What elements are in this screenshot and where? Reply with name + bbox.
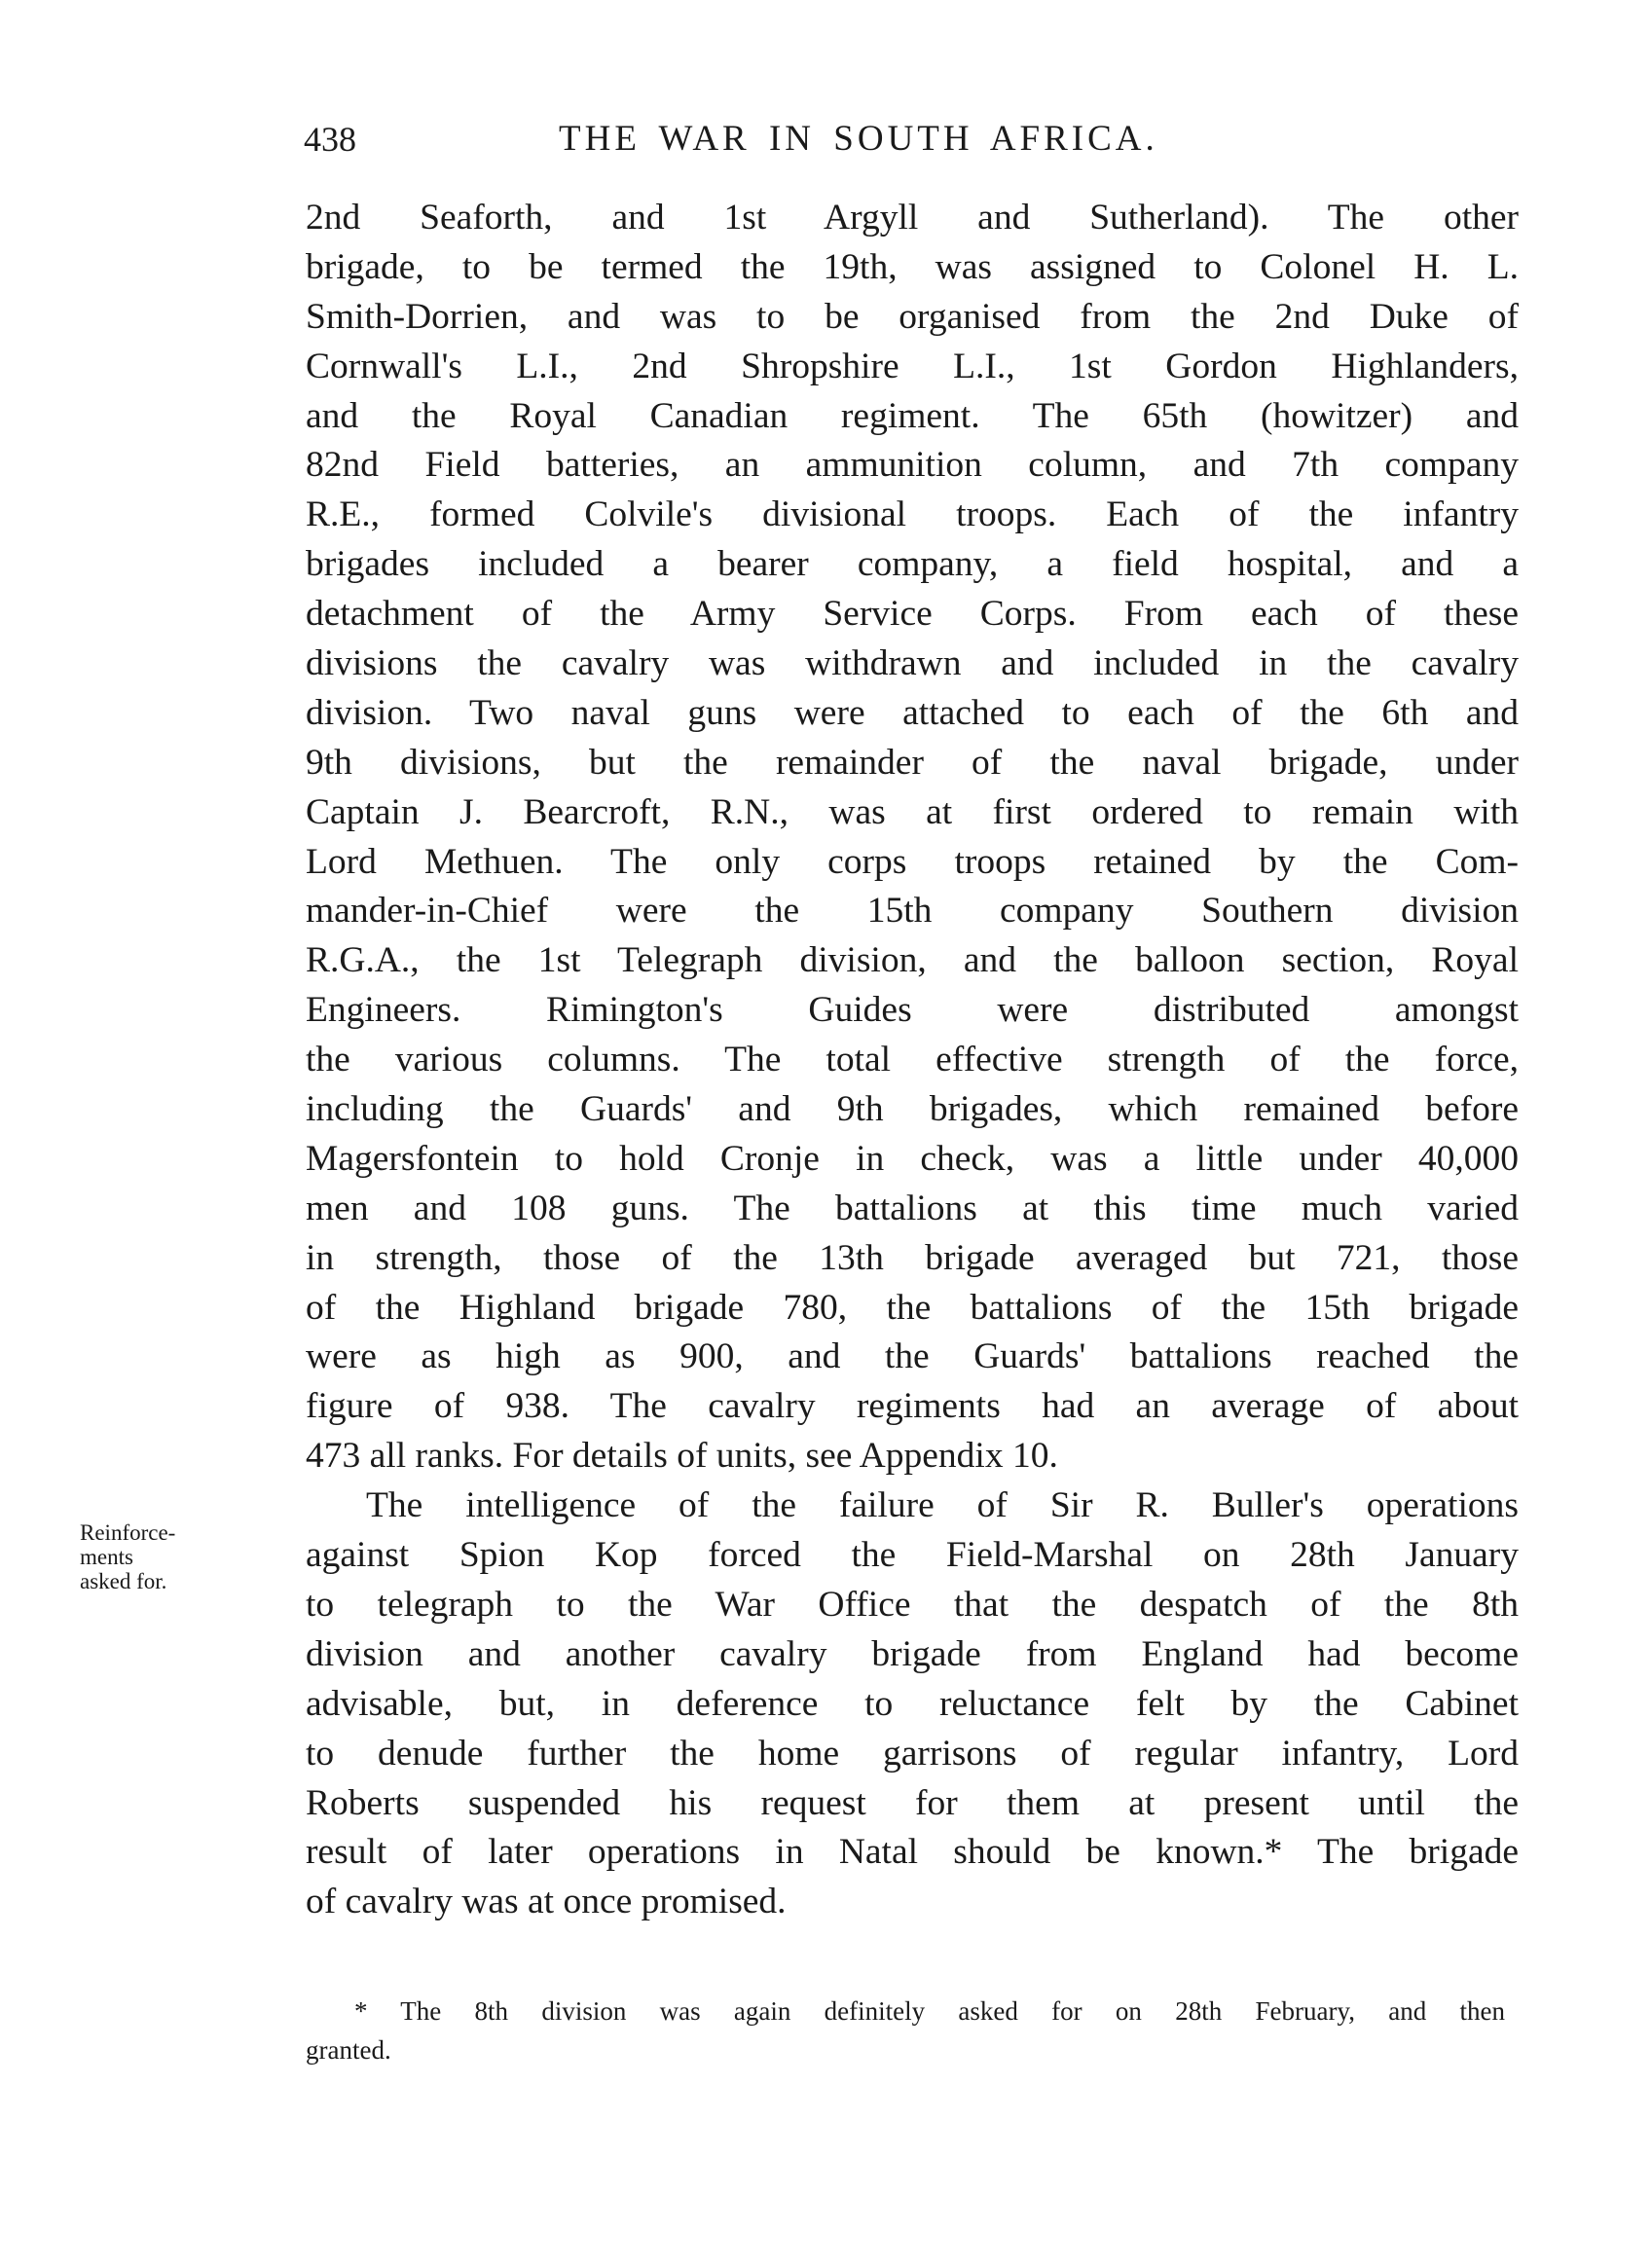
book-page: 438 THE WAR IN SOUTH AFRICA. 2nd Seafort… <box>0 0 1651 2268</box>
margin-note: Reinforce- ments asked for. <box>80 1520 275 1593</box>
margin-note-line: asked for. <box>80 1569 275 1593</box>
body-line: divisions the cavalry was withdrawn and … <box>306 640 1519 689</box>
body-line: and the Royal Canadian regiment. The 65t… <box>306 392 1519 442</box>
body-line: brigade, to be termed the 19th, was assi… <box>306 243 1519 293</box>
body-line: division and another cavalry brigade fro… <box>306 1630 1519 1680</box>
body-line: Magersfontein to hold Cronje in check, w… <box>306 1135 1519 1185</box>
body-text: 2nd Seaforth, and 1st Argyll and Sutherl… <box>306 194 1519 1927</box>
body-line: result of later operations in Natal shou… <box>306 1828 1519 1878</box>
body-line-paragraph-start: The intelligence of the failure of Sir R… <box>306 1482 1519 1531</box>
body-line-paragraph-end: 473 all ranks. For details of units, see… <box>306 1432 1519 1482</box>
body-line: brigades included a bearer company, a fi… <box>306 540 1519 590</box>
body-line: to denude further the home garrisons of … <box>306 1730 1519 1779</box>
footnote-line: * The 8th division was again definitely … <box>306 1992 1505 2030</box>
running-title: THE WAR IN SOUTH AFRICA. <box>559 115 1158 164</box>
body-line: mander-in-Chief were the 15th company So… <box>306 887 1519 936</box>
body-line: Captain J. Bearcroft, R.N., was at first… <box>306 788 1519 838</box>
footnote: * The 8th division was again definitely … <box>306 1992 1505 2069</box>
body-line: R.G.A., the 1st Telegraph division, and … <box>306 936 1519 986</box>
body-line: division. Two naval guns were attached t… <box>306 689 1519 739</box>
margin-note-line: Reinforce- <box>80 1520 275 1545</box>
body-line: were as high as 900, and the Guards' bat… <box>306 1333 1519 1382</box>
body-line: in strength, those of the 13th brigade a… <box>306 1234 1519 1284</box>
body-line: Smith-Dorrien, and was to be organised f… <box>306 293 1519 343</box>
body-line: R.E., formed Colvile's divisional troops… <box>306 491 1519 540</box>
body-line: figure of 938. The cavalry regiments had… <box>306 1382 1519 1432</box>
body-line: to telegraph to the War Office that the … <box>306 1581 1519 1630</box>
body-line: including the Guards' and 9th brigades, … <box>306 1085 1519 1135</box>
body-line: against Spion Kop forced the Field-Marsh… <box>306 1531 1519 1581</box>
body-line: advisable, but, in deference to reluctan… <box>306 1680 1519 1730</box>
body-line: Engineers. Rimington's Guides were distr… <box>306 986 1519 1036</box>
body-line: detachment of the Army Service Corps. Fr… <box>306 590 1519 640</box>
body-line: of the Highland brigade 780, the battali… <box>306 1284 1519 1334</box>
body-line: Roberts suspended his request for them a… <box>306 1779 1519 1829</box>
footnote-line: granted. <box>306 2030 1505 2069</box>
body-line: Cornwall's L.I., 2nd Shropshire L.I., 1s… <box>306 343 1519 392</box>
body-line: 9th divisions, but the remainder of the … <box>306 739 1519 788</box>
page-number: 438 <box>304 115 356 164</box>
body-line: Lord Methuen. The only corps troops reta… <box>306 838 1519 888</box>
body-line: men and 108 guns. The battalions at this… <box>306 1185 1519 1234</box>
margin-note-line: ments <box>80 1545 275 1569</box>
body-line: 82nd Field batteries, an ammunition colu… <box>306 441 1519 491</box>
body-line-paragraph-end: of cavalry was at once promised. <box>306 1878 1519 1927</box>
body-line: 2nd Seaforth, and 1st Argyll and Sutherl… <box>306 194 1519 243</box>
body-line: the various columns. The total effective… <box>306 1036 1519 1085</box>
running-head: 438 THE WAR IN SOUTH AFRICA. <box>304 115 1521 164</box>
